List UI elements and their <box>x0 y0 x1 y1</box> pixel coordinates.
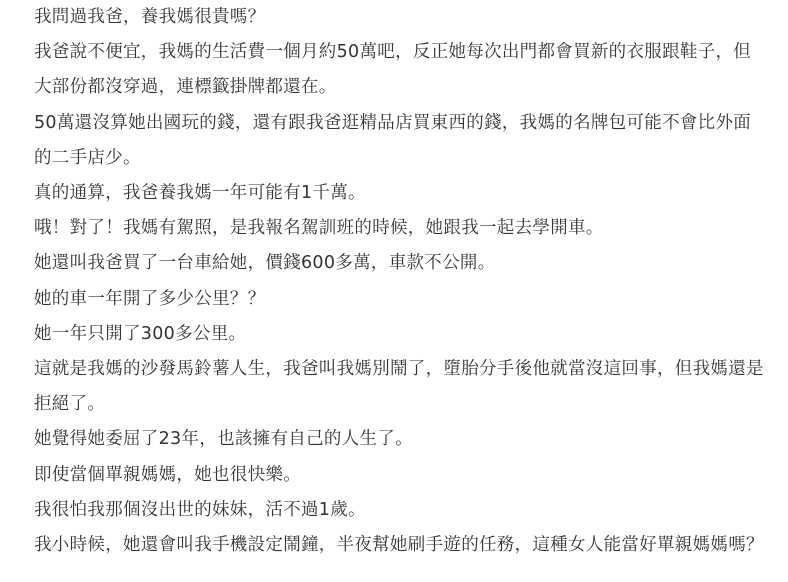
paragraph-2: 我爸說不便宜，我媽的生活費一個月約50萬吧，反正她每次出門都會買新的衣服跟鞋子，… <box>34 35 764 105</box>
paragraph-11: 即使當個單親媽媽，她也很快樂。 <box>34 458 764 493</box>
paragraph-12: 我很怕我那個沒出世的妹妹，活不過1歲。 <box>34 493 764 528</box>
paragraph-10: 她覺得她委屈了23年，也該擁有自己的人生了。 <box>34 422 764 457</box>
paragraph-1: 我問過我爸，養我媽很貴嗎？ <box>34 0 764 35</box>
article-body: 我問過我爸，養我媽很貴嗎？ 我爸說不便宜，我媽的生活費一個月約50萬吧，反正她每… <box>34 0 764 563</box>
paragraph-9: 這就是我媽的沙發馬鈴薯人生，我爸叫我媽別鬧了，墮胎分手後他就當沒這回事，但我媽還… <box>34 352 764 422</box>
paragraph-8: 她一年只開了300多公里。 <box>34 317 764 352</box>
paragraph-13: 我小時候，她還會叫我手機設定鬧鐘，半夜幫她刷手遊的任務，這種女人能當好單親媽媽嗎… <box>34 528 764 563</box>
paragraph-3: 50萬還沒算她出國玩的錢，還有跟我爸逛精品店買東西的錢，我媽的名牌包可能不會比外… <box>34 106 764 176</box>
paragraph-7: 她的車一年開了多少公里？？ <box>34 282 764 317</box>
paragraph-5: 哦！對了！我媽有駕照，是我報名駕訓班的時候，她跟我一起去學開車。 <box>34 211 764 246</box>
paragraph-4: 真的通算，我爸養我媽一年可能有1千萬。 <box>34 176 764 211</box>
paragraph-6: 她還叫我爸買了一台車給她，價錢600多萬，車款不公開。 <box>34 246 764 281</box>
